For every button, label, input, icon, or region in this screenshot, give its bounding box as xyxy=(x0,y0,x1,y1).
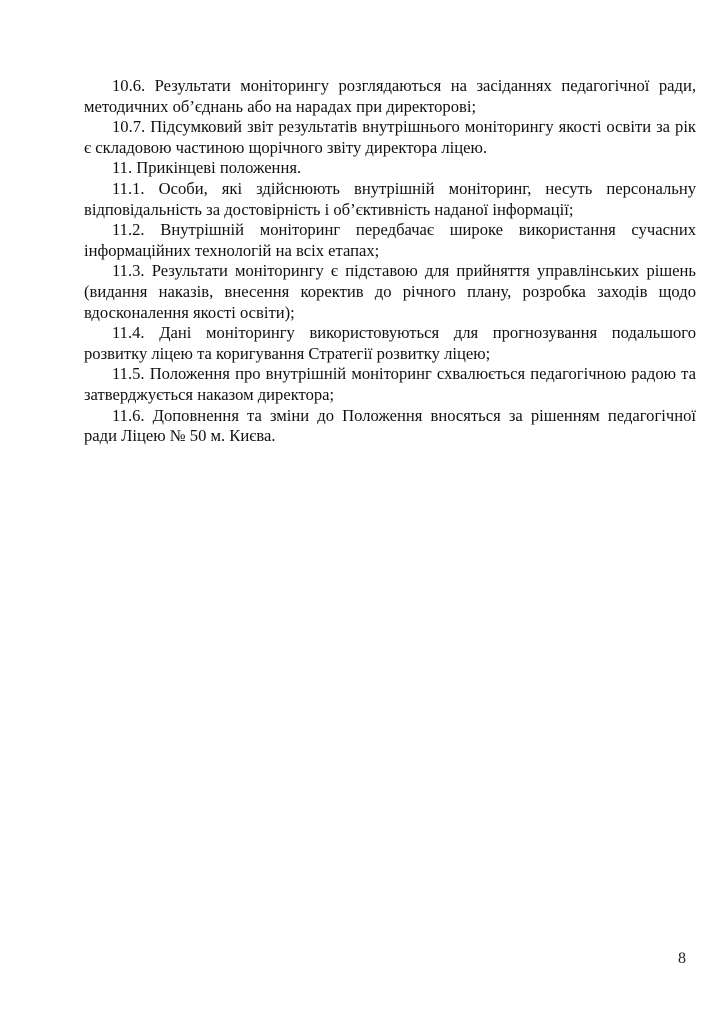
document-page: 10.6. Результати моніторингу розглядають… xyxy=(0,0,724,1024)
paragraph-10-6: 10.6. Результати моніторингу розглядають… xyxy=(84,76,696,117)
section-heading-11: 11. Прикінцеві положення. xyxy=(84,158,696,179)
document-body: 10.6. Результати моніторингу розглядають… xyxy=(84,76,696,447)
paragraph-11-3: 11.3. Результати моніторингу є підставою… xyxy=(84,261,696,323)
page-number: 8 xyxy=(678,950,686,968)
paragraph-11-6: 11.6. Доповнення та зміни до Положення в… xyxy=(84,406,696,447)
paragraph-11-1: 11.1. Особи, які здійснюють внутрішній м… xyxy=(84,179,696,220)
paragraph-10-7: 10.7. Підсумковий звіт результатів внутр… xyxy=(84,117,696,158)
paragraph-11-4: 11.4. Дані моніторингу використовуються … xyxy=(84,323,696,364)
paragraph-11-5: 11.5. Положення про внутрішній моніторин… xyxy=(84,364,696,405)
paragraph-11-2: 11.2. Внутрішній моніторинг передбачає ш… xyxy=(84,220,696,261)
